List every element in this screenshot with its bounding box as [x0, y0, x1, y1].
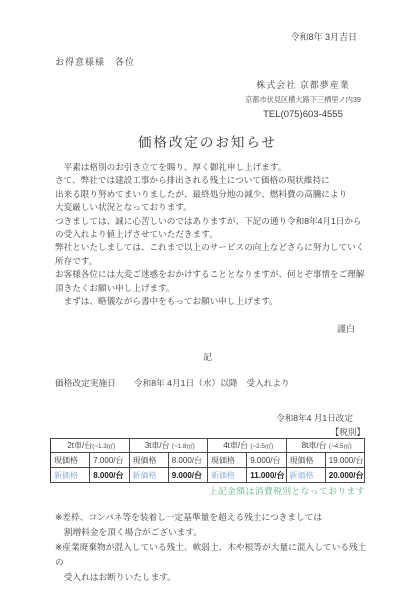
vehicle-capacity: (~2.5㎥): [250, 443, 273, 450]
current-price-label: 現価格: [51, 453, 90, 468]
price-change-notice-document: 令和8年 3月吉日 お得意様様 各位 株式会社 京都夢産業 京都市伏見区横大路下…: [0, 0, 415, 600]
body-line: 大変厳しい状況となっております。: [55, 201, 367, 214]
revision-date: 令和8年4 月1日改定: [276, 412, 353, 424]
vehicle-header-8t: 8t車/台 (~4.5㎥): [286, 439, 365, 453]
vehicle-header-3t: 3t車/台 (~1.8㎥): [129, 439, 208, 453]
vehicle-type: 8t車/台: [302, 441, 327, 450]
current-price-label: 現価格: [208, 453, 247, 468]
body-paragraph: 平素は格別のお引き立てを賜り、厚く御礼申し上げます。 さて、弊社では建設工事から…: [55, 161, 367, 308]
current-price-value: 8.000/台: [168, 453, 207, 468]
body-line: の受入れより値上げさせていただきます。: [55, 228, 367, 241]
company-name: 株式会社 京都夢産業: [213, 78, 393, 91]
company-phone: TEL(075)603-4555: [213, 109, 393, 120]
current-price-value: 9.000/台: [247, 453, 286, 468]
current-price-value: 7.000/台: [90, 453, 129, 468]
new-price-label: 新価格: [51, 468, 90, 483]
note-line: 受入れはお断りいたします。: [55, 570, 375, 585]
current-price-label: 現価格: [286, 453, 325, 468]
new-price-value: 20.000/台: [325, 468, 364, 483]
note-line: ※差枠、コンパネ等を装着し一定基準量を超える残土につきましては: [55, 510, 375, 525]
table-header-row: 2t車/台(~1.3㎥) 3t車/台 (~1.8㎥) 4t車/台 (~2.5㎥)…: [51, 439, 365, 453]
record-marker: 記: [0, 350, 415, 363]
new-price-value: 11.000/台: [247, 468, 286, 483]
document-date: 令和8年 3月吉日: [290, 30, 357, 43]
sender-block: 株式会社 京都夢産業 京都市伏見区横大路下三栖里ノ内39 TEL(075)603…: [213, 78, 393, 120]
new-price-label: 新価格: [208, 468, 247, 483]
new-price-label: 新価格: [129, 468, 168, 483]
tax-excluded-label: 【税別】: [331, 426, 365, 438]
company-address: 京都市伏見区横大路下三栖里ノ内39: [213, 95, 393, 105]
body-line: 弊社といたしましては、これまで以上のサービスの向上などさらに努力していく: [55, 241, 367, 254]
document-title: 価格改定のお知らせ: [0, 131, 415, 151]
body-line: まずは、略儀ながら書中をもってお願い申し上げます。: [55, 295, 367, 308]
body-line: 出来る限り努めてまいりましたが、最終処分地の減少、燃料費の高騰により: [55, 188, 367, 201]
new-price-label: 新価格: [286, 468, 325, 483]
vehicle-capacity: (~1.8㎥): [172, 443, 195, 450]
vehicle-capacity: (~1.3㎥): [92, 443, 115, 450]
note-line: 割増料金を頂く場合がございます。: [55, 525, 375, 540]
note-line: ※産業廃棄物が混入している残土、軟弱土、木や根等が大量に混入している残土の: [55, 540, 375, 570]
body-line: お客様各位には大変ご迷惑をおかけすることとなりますが、何とぞ事情をご理解: [55, 268, 367, 281]
new-price-value: 9.000/台: [168, 468, 207, 483]
closing-word: 謹白: [337, 322, 355, 335]
body-line: 所存です。: [55, 255, 367, 268]
new-price-value: 8.000/台: [90, 468, 129, 483]
effective-date-label: 価格改定実施日: [55, 377, 116, 389]
current-price-row: 現価格 7.000/台 現価格 8.000/台 現価格 9.000/台 現価格 …: [51, 453, 365, 468]
vehicle-type: 2t車/台: [67, 441, 92, 450]
new-price-row: 新価格 8.000/台 新価格 9.000/台 新価格 11.000/台 新価格…: [51, 468, 365, 483]
recipient-line: お得意様様 各位: [55, 55, 135, 68]
body-line: さて、弊社では建設工事から排出される残土について価格の現状維持に: [55, 174, 367, 187]
vehicle-type: 3t車/台: [145, 441, 170, 450]
vehicle-header-2t: 2t車/台(~1.3㎥): [51, 439, 130, 453]
vehicle-header-4t: 4t車/台 (~2.5㎥): [208, 439, 287, 453]
effective-date-line: 価格改定実施日 令和8年 4月1日（水）以降 受入れより: [55, 377, 290, 389]
effective-date-value: 令和8年 4月1日（水）以降 受入れより: [134, 377, 290, 389]
body-line: 平素は格別のお引き立てを賜り、厚く御礼申し上げます。: [55, 161, 367, 174]
body-line: つきましては、誠に心苦しいのではありますが、下記の通り令和8年4月1日から: [55, 215, 367, 228]
vehicle-type: 4t車/台: [223, 441, 248, 450]
body-line: 頂きたくお願い申し上げます。: [55, 282, 367, 295]
current-price-value: 19.000/台: [325, 453, 364, 468]
vehicle-capacity: (~4.5㎥): [329, 443, 352, 450]
price-table: 2t車/台(~1.3㎥) 3t車/台 (~1.8㎥) 4t車/台 (~2.5㎥)…: [50, 438, 365, 483]
footnotes-block: ※差枠、コンパネ等を装着し一定基準量を超える残土につきましては 割増料金を頂く場…: [55, 510, 375, 585]
current-price-label: 現価格: [129, 453, 168, 468]
tax-note-green: 上記金額は消費税別となっております: [209, 485, 365, 497]
